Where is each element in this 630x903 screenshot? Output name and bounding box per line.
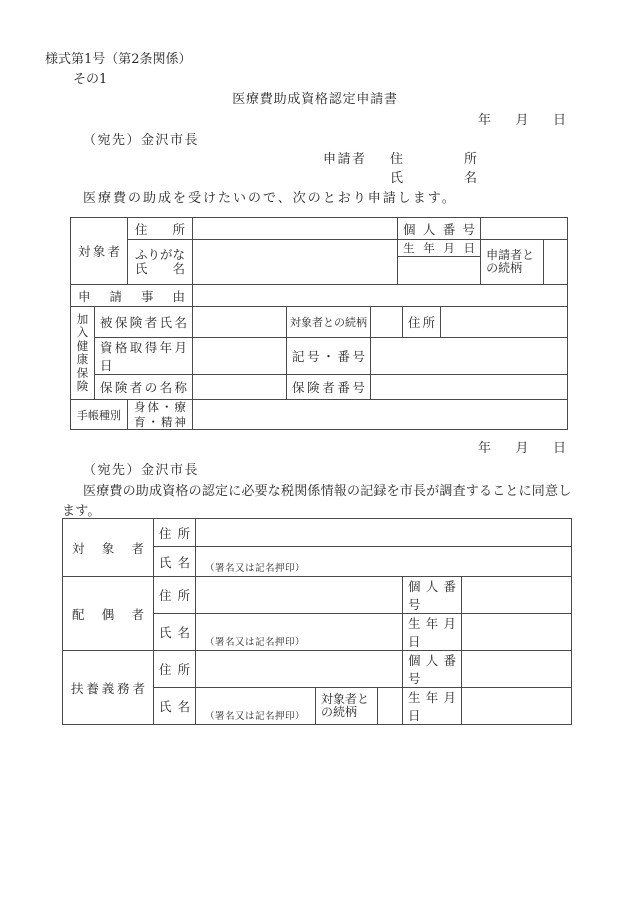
t2-dependent-personal-number-value [462,651,572,688]
t1-subject-relation-label: 対象者との続柄 [287,307,371,338]
t1-subject-address-value [193,218,398,240]
t1-insurer-name-value [193,375,287,400]
t2-subject-label: 対象者 [63,519,154,577]
page-title: 医療費助成資格認定申請書 [0,88,630,107]
t1-insured-name-label: 被保険者氏名 [95,307,193,338]
addressee-line-2: （宛先）金沢市長 [83,459,199,478]
t2-dependent-birthdate-label: 生年月日 [403,688,462,725]
t1-notebook-type-label: 手帳種別 [71,400,128,430]
t1-insurance-vertical-label: 加入健康保険 [71,307,95,400]
t2-subject-address-value [196,519,572,547]
t2-dependent-address-value [196,651,403,688]
t2-spouse-address-label: 住所 [154,577,196,614]
t1-notebook-type-value [193,400,568,430]
date-day-label: 日 [553,437,566,456]
t1-birthdate-label: 生年月日 [398,240,481,257]
t2-dependent-label: 扶養義務者 [63,651,154,725]
t2-spouse-name-value: （署名又は記名押印） [196,614,403,651]
t1-insured-address-value [441,307,568,338]
applicant-address-label: 住所 [390,148,477,167]
date-line-2: 年 月 日 [478,437,566,456]
application-table: 対象者 住所 個人番号 ふりがな 氏名 生年月日 申請者と の続柄 申請事由 [70,217,568,430]
t2-spouse-address-value [196,577,403,614]
form-number: 様式第1号（第2条関係） [45,48,192,67]
t1-applicant-relation-value [544,240,568,285]
t1-reason-value [193,285,568,307]
t1-reason-label: 申請事由 [71,285,193,307]
t1-symbol-number-label: 記号・番号 [287,338,371,375]
date-day-label: 日 [553,109,566,128]
t1-personal-number-label: 個人番号 [398,218,481,240]
t2-spouse-label: 配偶者 [63,577,154,651]
t2-subject-name-value: （署名又は記名押印） [196,547,572,577]
t1-birthdate-value [398,257,481,285]
t1-acquisition-date-label: 資格取得年月日 [95,338,193,375]
t1-personal-number-value [481,218,568,240]
date-month-label: 月 [515,109,528,128]
t1-name-label: 氏名 [135,262,185,277]
form-part: その1 [73,68,107,87]
signature-note: （署名又は記名押印） [196,560,571,576]
t2-dependent-address-label: 住所 [154,651,196,688]
t2-dependent-personal-number-label: 個人番号 [403,651,462,688]
t1-subject-address-label: 住所 [128,218,193,240]
t2-dependent-name-value: （署名又は記名押印） [196,688,316,725]
addressee-line-1: （宛先）金沢市長 [83,129,199,148]
consent-table: 対象者 住所 氏名 （署名又は記名押印） 配偶者 住所 個人番号 氏名 （署名又… [62,518,572,725]
date-month-label: 月 [515,437,528,456]
t1-insured-name-value [193,307,287,338]
t2-spouse-birthdate-label: 生年月日 [403,614,462,651]
date-year-label: 年 [478,109,491,128]
t2-subject-name-label: 氏名 [154,547,196,577]
t1-furigana-label: ふりがな [135,248,185,263]
t2-spouse-birthdate-value [462,614,572,651]
form-page: 様式第1号（第2条関係） その1 医療費助成資格認定申請書 年 月 日 （宛先）… [0,0,630,903]
date-year-label: 年 [478,437,491,456]
t1-subject-relation-value [371,307,403,338]
t1-insured-address-label: 住所 [403,307,441,338]
t1-notebook-types: 身体・療 育・精神 [128,400,193,430]
t1-acquisition-date-value [193,338,287,375]
t2-dependent-birthdate-value [462,688,572,725]
t1-subject-label: 対象者 [71,218,128,285]
intro-sentence: 医療費の助成を受けたいので、次のとおり申請します。 [83,187,457,206]
t1-symbol-number-value [371,338,568,375]
t1-insurer-name-label: 保険者の名称 [95,375,193,400]
t1-applicant-relation-label: 申請者と の続柄 [481,240,544,285]
signature-note: （署名又は記名押印） [196,708,315,724]
t2-subject-relation-value [378,688,403,725]
t2-spouse-personal-number-label: 個人番号 [403,577,462,614]
applicant-label: 申請者 [323,148,367,167]
t2-spouse-name-label: 氏名 [154,614,196,651]
consent-sentence-line1: 医療費の助成資格の認定に必要な税関係情報の記録を市長が調査することに同意し [83,480,571,499]
t2-subject-relation-label: 対象者と の続柄 [316,688,378,725]
t2-dependent-name-label: 氏名 [154,688,196,725]
t2-subject-address-label: 住所 [154,519,196,547]
consent-sentence-line2: ます。 [62,500,101,519]
signature-note: （署名又は記名押印） [196,634,402,650]
t2-spouse-personal-number-value [462,577,572,614]
t1-insurer-number-value [371,375,568,400]
applicant-name-label: 氏名 [390,167,477,186]
t1-subject-name-value [193,240,398,285]
t1-subject-name-label: ふりがな 氏名 [128,240,193,285]
date-line-1: 年 月 日 [478,109,566,128]
t1-insurer-number-label: 保険者番号 [287,375,371,400]
